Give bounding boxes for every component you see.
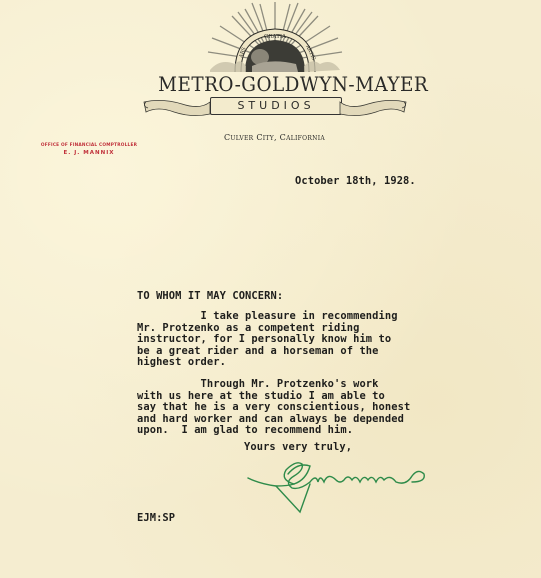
letter-date: October 18th, 1928. xyxy=(295,176,416,188)
reference-initials: EJM:SP xyxy=(137,513,175,525)
salutation: TO WHOM IT MAY CONCERN: xyxy=(137,291,283,303)
office-name: E. J. MANNIX xyxy=(34,150,144,156)
studios-banner: STUDIOS xyxy=(210,97,342,115)
company-name: METRO-GOLDWYN-MAYER xyxy=(158,72,392,96)
closing: Yours very truly, xyxy=(244,442,352,454)
letterhead-location: Culver City, California xyxy=(224,133,325,142)
handwritten-signature-icon xyxy=(240,456,450,518)
scroll-ornament-right-icon xyxy=(338,96,408,118)
body-paragraph-1: I take pleasure in recommending Mr. Prot… xyxy=(137,311,398,369)
mgm-letterhead: GRATIA ARS ARTIS METRO-GOLDWYN-MAYER STU… xyxy=(140,0,410,130)
scroll-ornament-left-icon xyxy=(142,96,212,118)
office-block: OFFICE OF FINANCIAL COMPTROLLER E. J. MA… xyxy=(34,143,144,156)
svg-text:GRATIA: GRATIA xyxy=(264,34,287,40)
letter-paper: GRATIA ARS ARTIS METRO-GOLDWYN-MAYER STU… xyxy=(0,0,541,578)
office-title: OFFICE OF FINANCIAL COMPTROLLER xyxy=(34,143,144,148)
body-paragraph-2: Through Mr. Protzenko's work with us her… xyxy=(137,379,410,437)
